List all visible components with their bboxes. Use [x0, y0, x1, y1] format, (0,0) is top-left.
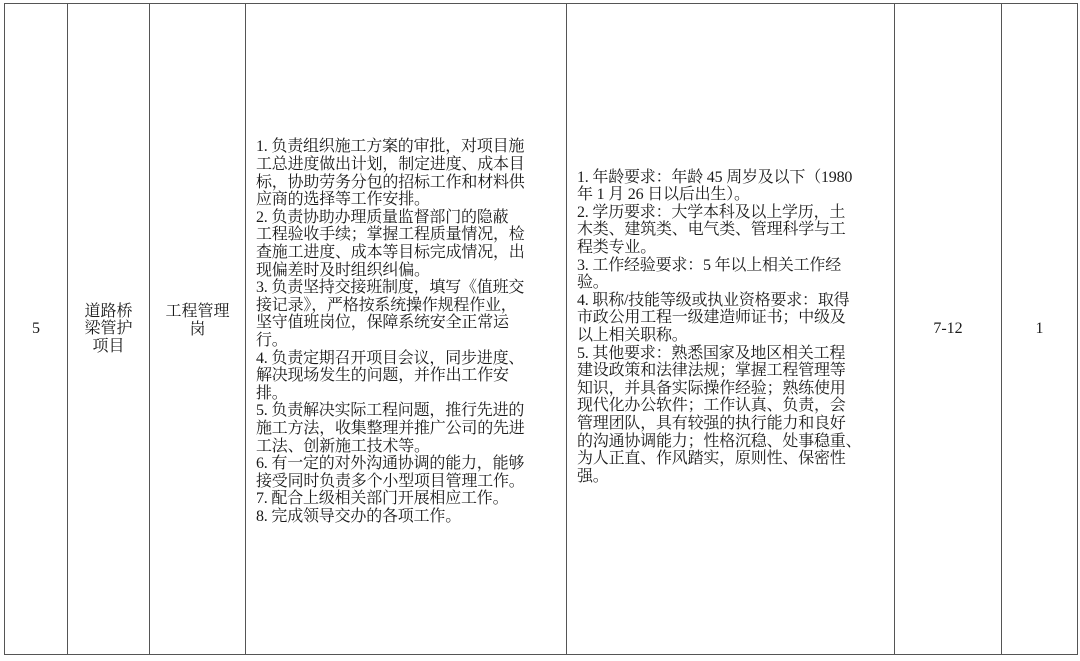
position-name: 工程管理 岗	[150, 303, 245, 338]
requirement-line: 年 1 月 26 日以后出生）。	[577, 186, 888, 204]
duty-line: 行。	[256, 332, 560, 350]
duty-line: 查施工进度、成本等目标完成情况，出	[256, 244, 560, 262]
project-line: 道路桥	[72, 303, 145, 321]
duty-line: 6. 有一定的对外沟通协调的能力，能够	[256, 455, 560, 473]
requirement-line: 木类、建筑类、电气类、管理科学与工	[577, 221, 888, 239]
requirement-line: 以上相关职称。	[577, 327, 888, 345]
requirement-line: 市政公用工程一级建造师证书；中级及	[577, 309, 888, 327]
requirement-line: 5. 其他要求：熟悉国家及地区相关工程	[577, 345, 888, 363]
duty-line: 工法、创新施工技术等。	[256, 438, 560, 456]
requirement-line: 的沟通协调能力；性格沉稳、处事稳重、	[577, 433, 888, 451]
duty-line: 3. 负责坚持交接班制度，填写《值班交	[256, 279, 560, 297]
duty-line: 4. 负责定期召开项目会议，同步进度、	[256, 350, 560, 368]
project-line: 项目	[72, 338, 145, 356]
salary-grade: 7-12	[895, 320, 1001, 338]
duties-list: 1. 负责组织施工方案的审批，对项目施 工总进度做出计划，制定进度、成本目 标，…	[246, 132, 566, 525]
duty-line: 解决现场发生的问题，并作出工作安	[256, 367, 560, 385]
requirements-list: 1. 年龄要求：年龄 45 周岁及以下（1980 年 1 月 26 日以后出生）…	[567, 169, 894, 486]
requirement-line: 为人正直、作风踏实，原则性、保密性	[577, 450, 888, 468]
headcount-cell: 1	[1002, 4, 1078, 655]
duty-line: 5. 负责解决实际工程问题，推行先进的	[256, 402, 560, 420]
requirement-line: 建设政策和法律法规；掌握工程管理等	[577, 362, 888, 380]
duty-line: 7. 配合上级相关部门开展相应工作。	[256, 490, 560, 508]
seq-cell: 5	[5, 4, 68, 655]
duty-line: 应商的选择等工作安排。	[256, 191, 560, 209]
position-cell: 工程管理 岗	[150, 4, 246, 655]
project-line: 梁管护	[72, 320, 145, 338]
duty-line: 施工方法，收集整理并推广公司的先进	[256, 420, 560, 438]
headcount: 1	[1002, 320, 1077, 338]
duty-line: 接记录》，严格按系统操作规程作业，	[256, 297, 560, 315]
duty-line: 8. 完成领导交办的各项工作。	[256, 508, 560, 526]
requirement-line: 3. 工作经验要求：5 年以上相关工作经	[577, 257, 888, 275]
salary-grade-cell: 7-12	[895, 4, 1002, 655]
requirement-line: 1. 年龄要求：年龄 45 周岁及以下（1980	[577, 169, 888, 187]
requirement-line: 程类专业。	[577, 239, 888, 257]
requirement-line: 知识，并具备实际操作经验；熟练使用	[577, 380, 888, 398]
duty-line: 工总进度做出计划，制定进度、成本目	[256, 156, 560, 174]
requirement-line: 强。	[577, 468, 888, 486]
duty-line: 接受同时负责多个小型项目管理工作。	[256, 473, 560, 491]
project-cell: 道路桥 梁管护 项目	[68, 4, 150, 655]
requirement-line: 管理团队，具有较强的执行能力和良好	[577, 415, 888, 433]
table-row: 5 道路桥 梁管护 项目 工程管理 岗 1. 负责组织施工方案的审批，对项目施 …	[5, 4, 1078, 655]
requirement-line: 现代化办公软件；工作认真、负责，会	[577, 397, 888, 415]
duties-cell: 1. 负责组织施工方案的审批，对项目施 工总进度做出计划，制定进度、成本目 标，…	[246, 4, 567, 655]
duty-line: 标，协助劳务分包的招标工作和材料供	[256, 174, 560, 192]
duty-line: 2. 负责协助办理质量监督部门的隐蔽	[256, 209, 560, 227]
seq-number: 5	[5, 320, 67, 338]
duty-line: 排。	[256, 385, 560, 403]
job-table: 5 道路桥 梁管护 项目 工程管理 岗 1. 负责组织施工方案的审批，对项目施 …	[4, 3, 1078, 655]
requirements-cell: 1. 年龄要求：年龄 45 周岁及以下（1980 年 1 月 26 日以后出生）…	[567, 4, 895, 655]
duty-line: 工程验收手续；掌握工程质量情况，检	[256, 226, 560, 244]
requirement-line: 4. 职称/技能等级或执业资格要求：取得	[577, 292, 888, 310]
requirement-line: 验。	[577, 274, 888, 292]
duty-line: 1. 负责组织施工方案的审批，对项目施	[256, 138, 560, 156]
project-name: 道路桥 梁管护 项目	[68, 303, 149, 356]
requirement-line: 2. 学历要求：大学本科及以上学历，土	[577, 204, 888, 222]
position-line: 岗	[154, 321, 241, 339]
duty-line: 坚守值班岗位，保障系统安全正常运	[256, 314, 560, 332]
duty-line: 现偏差时及时组织纠偏。	[256, 262, 560, 280]
position-line: 工程管理	[154, 303, 241, 321]
